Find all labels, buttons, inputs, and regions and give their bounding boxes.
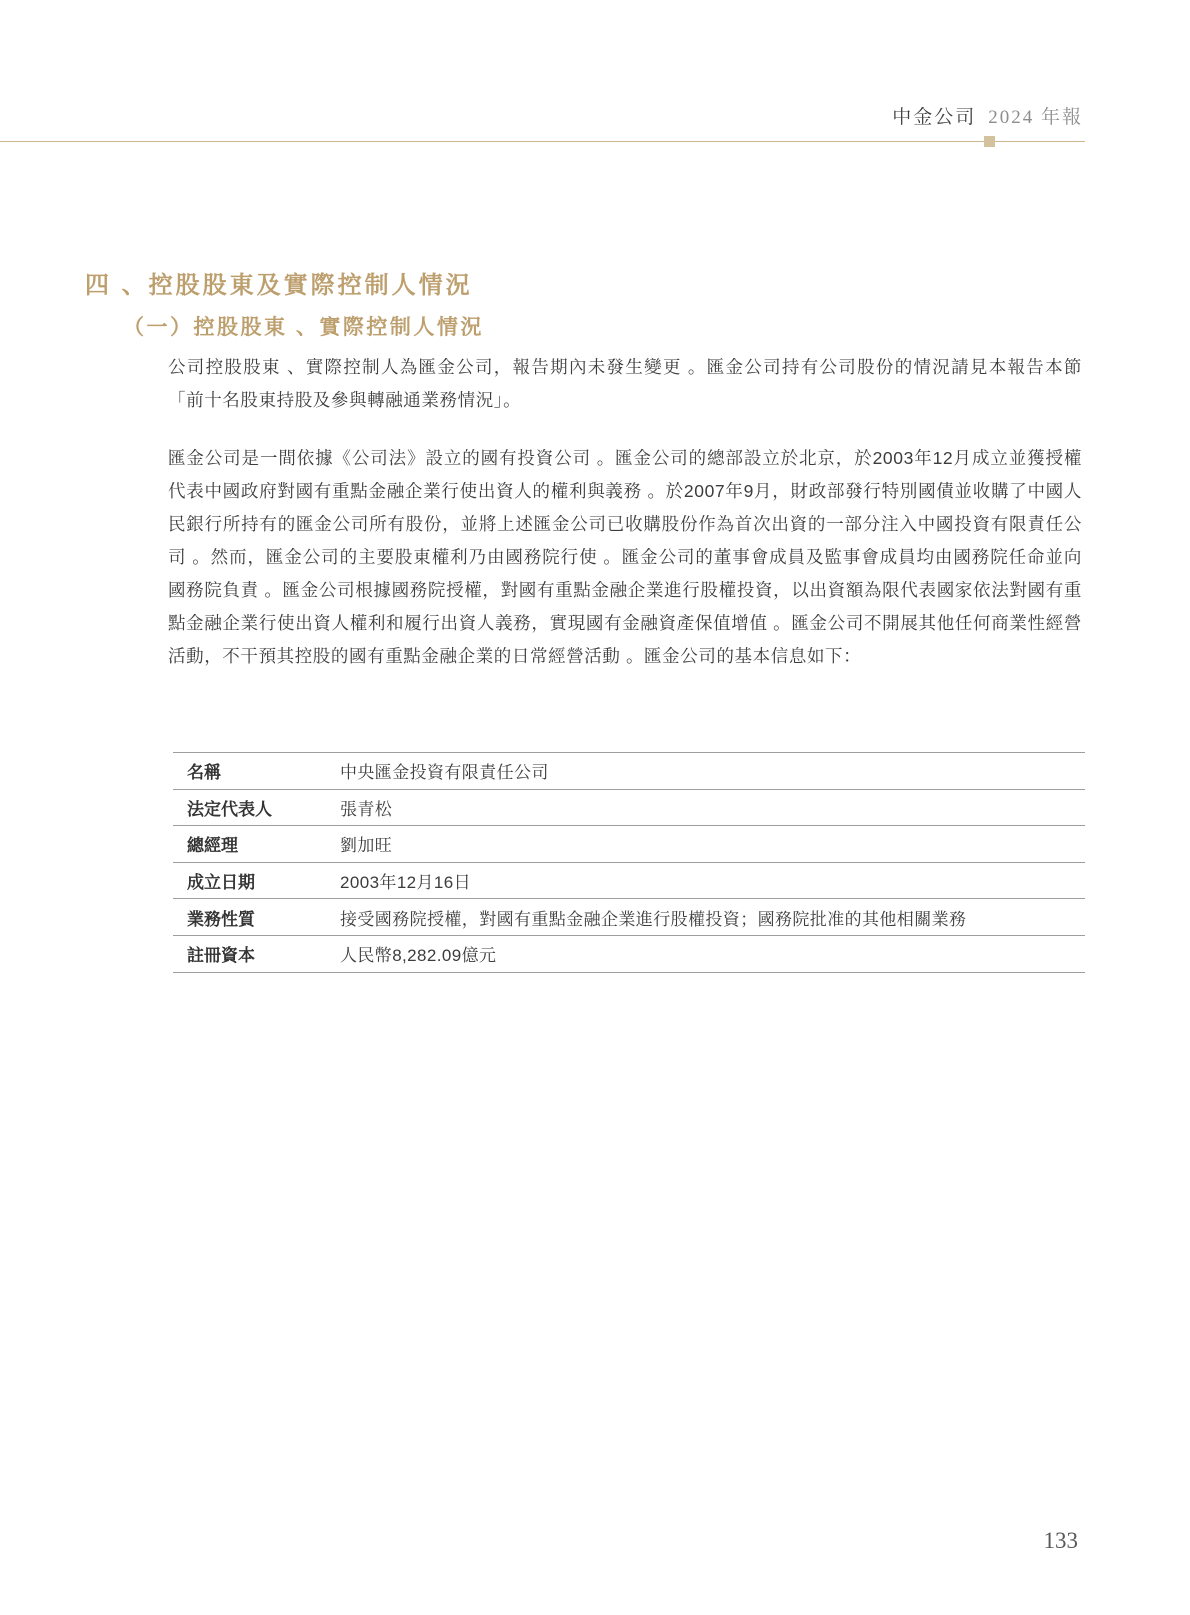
table-row-value: 接受國務院授權，對國有重點金融企業進行股權投資；國務院批准的其他相關業務 <box>340 905 1085 930</box>
paragraph-controlling-shareholder: 公司控股股東 、實際控制人為匯金公司，報告期內未發生變更 。匯金公司持有公司股份… <box>168 351 1082 417</box>
table-row-value: 2003年12月16日 <box>340 868 1085 893</box>
paragraph-huijin-background: 匯金公司是一間依據《公司法》設立的國有投資公司 。匯金公司的總部設立於北京，於2… <box>168 442 1082 673</box>
header-square-ornament-icon <box>984 136 995 147</box>
page-number: 133 <box>0 1528 1078 1554</box>
header-divider-line <box>0 141 1085 142</box>
header-report-year: 2024 年報 <box>988 107 1083 128</box>
table-row-label: 名稱 <box>173 758 340 783</box>
table-row-value: 劉加旺 <box>340 831 1085 856</box>
table-row-label: 成立日期 <box>173 868 340 893</box>
table-row-label: 法定代表人 <box>173 795 340 820</box>
huijin-basic-info-table: 名稱 中央匯金投資有限責任公司 法定代表人 張青松 總經理 劉加旺 成立日期 2… <box>173 752 1085 973</box>
table-row: 成立日期 2003年12月16日 <box>173 862 1085 899</box>
section-title: 四 、控股股東及實際控制人情況 <box>85 265 473 300</box>
table-row: 總經理 劉加旺 <box>173 825 1085 862</box>
header-company-name: 中金公司 <box>892 107 976 128</box>
table-row: 業務性質 接受國務院授權，對國有重點金融企業進行股權投資；國務院批准的其他相關業… <box>173 898 1085 935</box>
table-row-label: 總經理 <box>173 831 340 856</box>
subsection-title: （一）控股股東 、實際控制人情況 <box>123 311 484 341</box>
table-row-label: 註冊資本 <box>173 941 340 966</box>
table-row-label: 業務性質 <box>173 905 340 930</box>
table-row-value: 中央匯金投資有限責任公司 <box>340 758 1085 783</box>
table-row-value: 張青松 <box>340 795 1085 820</box>
table-row: 法定代表人 張青松 <box>173 789 1085 826</box>
table-row: 註冊資本 人民幣8,282.09億元 <box>173 935 1085 972</box>
page-header: 中金公司2024 年報 <box>0 102 1083 129</box>
table-row-value: 人民幣8,282.09億元 <box>340 941 1085 966</box>
table-row: 名稱 中央匯金投資有限責任公司 <box>173 752 1085 789</box>
